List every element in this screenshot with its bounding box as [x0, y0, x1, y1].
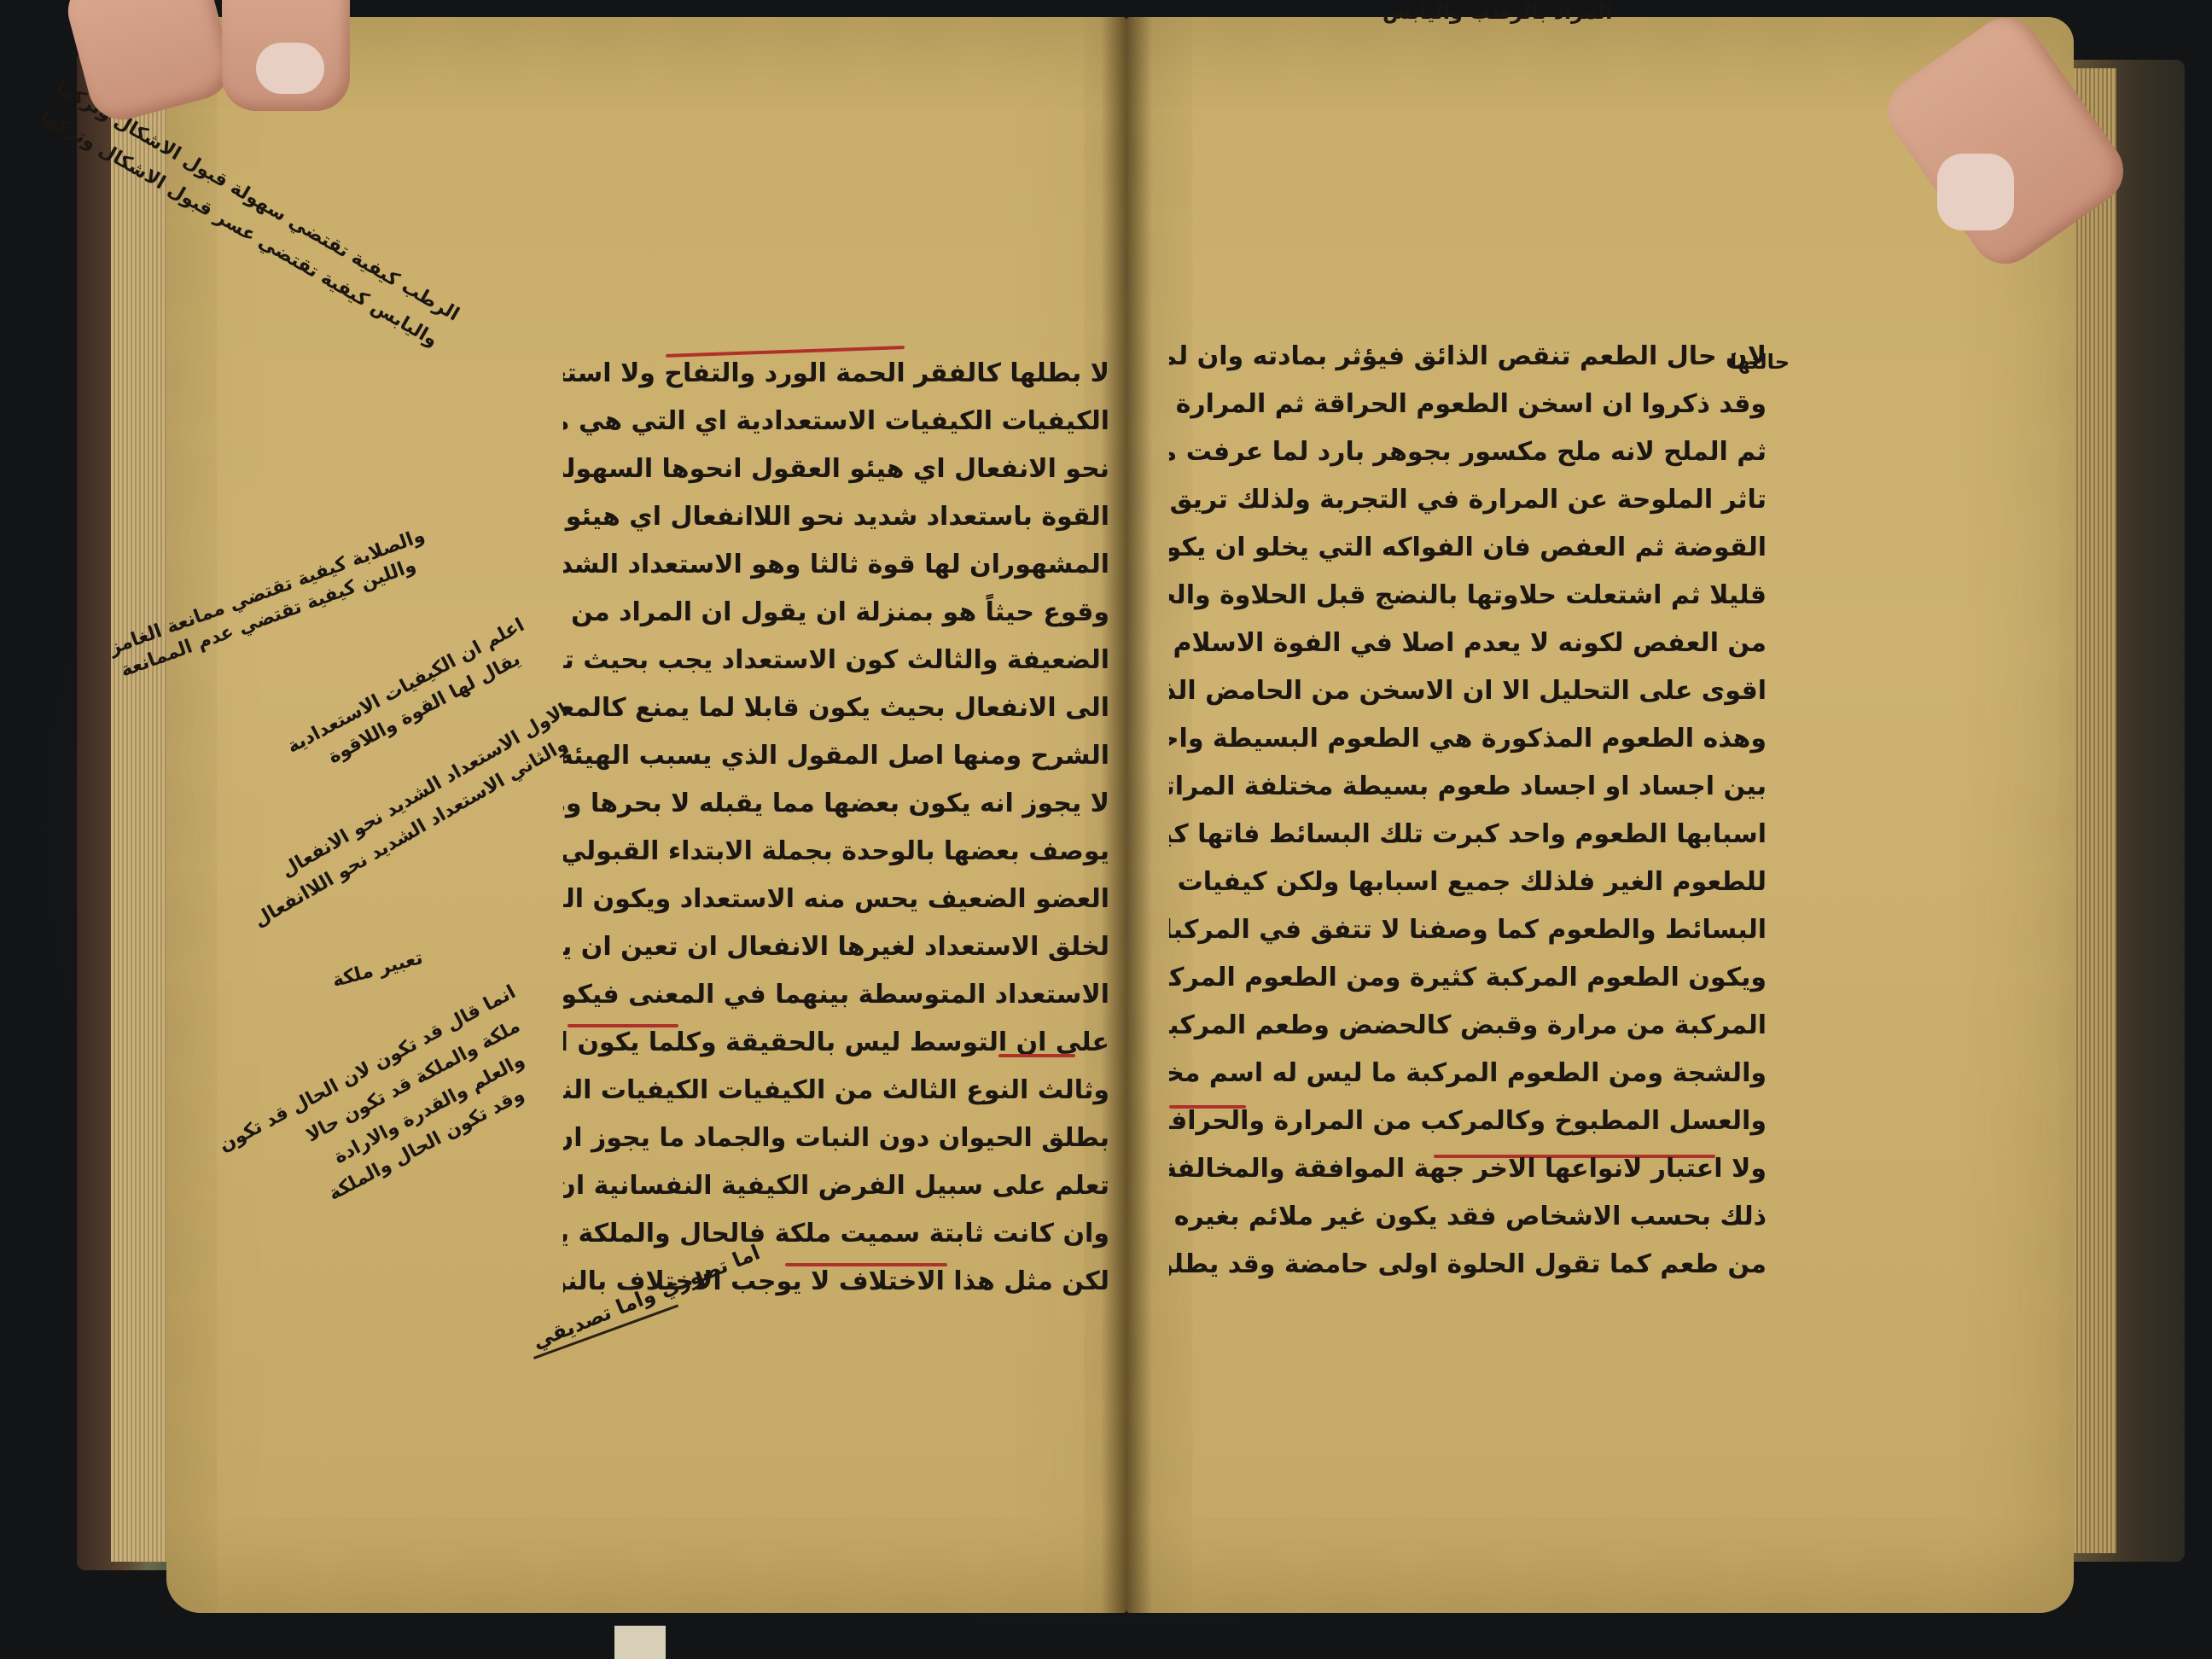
- fingernail: [256, 43, 324, 94]
- text-line: العضو الضعيف يحس منه الاستعداد ويكون الق…: [563, 876, 1109, 923]
- text-line: بطلق الحيوان دون النبات والجماد ما يجوز …: [563, 1115, 1109, 1162]
- text-line: قليلا ثم اشتعلت حلاوتها بالنضج قبل الحلا…: [1169, 572, 1767, 620]
- text-line: اقوى على التحليل الا ان الاسخن من الحامض…: [1169, 667, 1767, 715]
- text-line: المشهوران لها قوة ثالثا وهو الاستعداد ال…: [563, 541, 1109, 589]
- text-line: ولا اعتبار لانواعها الاخر جهة الموافقة و…: [1169, 1145, 1767, 1193]
- text-line: لان حال الطعم تنقص الذائق فيؤثر بمادته و…: [1169, 333, 1767, 381]
- text-line: الى الانفعال بحيث يكون قابلا لما يمنع كا…: [563, 684, 1109, 732]
- text-line: تاثر الملوحة عن المرارة في التجربة ولذلك…: [1169, 476, 1767, 524]
- header-note: المراد بالرطب واليابس: [1382, 0, 1612, 24]
- rubric-line: [568, 1024, 678, 1027]
- text-line: والشجة ومن الطعوم المركبة ما ليس له اسم …: [1169, 1050, 1767, 1097]
- text-line: وقوع حيثاً هو بمنزلة ان يقول ان المراد م…: [563, 589, 1109, 637]
- text-line: نحو الانفعال اي هيئو العقول انحوها السهو…: [563, 445, 1109, 493]
- rubric-line: [998, 1054, 1075, 1057]
- text-line: يوصف بعضها بالوحدة بجملة الابتداء القبول…: [563, 828, 1109, 876]
- text-line: وان كانت ثابتة سميت ملكة فالحال والملكة …: [563, 1210, 1109, 1258]
- right-page-main-text: لان حال الطعم تنقص الذائق فيؤثر بمادته و…: [1169, 333, 1767, 1289]
- text-line: المركبة من مرارة وقبض كالحضض وطعم المركب…: [1169, 1002, 1767, 1050]
- text-line: الكيفيات الكيفيات الاستعدادية اي التي هي…: [563, 398, 1109, 445]
- text-line: الشرح ومنها اصل المقول الذي يسبب الهيئة …: [563, 732, 1109, 780]
- rubric-line: [785, 1263, 947, 1266]
- text-line: تعلم على سبيل الفرض الكيفية النفسانية ان…: [563, 1162, 1109, 1210]
- text-line: بين اجساد او اجساد طعوم بسيطة مختلفة الم…: [1169, 763, 1767, 811]
- text-line: القوضة ثم العفص فان الفواكه التي يخلو ان…: [1169, 524, 1767, 572]
- text-line: القوة باستعداد شديد نحو اللاانفعال اي هي…: [563, 493, 1109, 541]
- text-line: من طعم كما تقول الحلوة اولى حامضة وقد يط…: [1169, 1241, 1767, 1289]
- text-line: وثالث النوع الثالث من الكيفيات الكيفيات …: [563, 1067, 1109, 1115]
- bookmark-tab: [614, 1626, 666, 1659]
- text-line: البسائط والطعوم كما وصفنا لا تتفق في الم…: [1169, 906, 1767, 954]
- text-line: الضعيفة والثالث كون الاستعداد يجب بحيث ت…: [563, 637, 1109, 684]
- text-line: ويكون الطعوم المركبة كثيرة ومن الطعوم ال…: [1169, 954, 1767, 1002]
- text-line: والعسل المطبوخ وكالمركب من المرارة والحر…: [1169, 1097, 1767, 1145]
- text-line: الاستعداد المتوسطة بينهما في المعنى فيكو…: [563, 971, 1109, 1019]
- text-line: للطعوم الغير فلذلك جميع اسبابها ولكن كيف…: [1169, 859, 1767, 906]
- text-line: لخلق الاستعداد لغيرها الانفعال ان تعين ا…: [563, 923, 1109, 971]
- text-line: ثم الملح لانه ملح مكسور بجوهر بارد لما ع…: [1169, 428, 1767, 476]
- text-line: ذلك بحسب الاشخاص فقد يكون غير ملائم بغير…: [1169, 1193, 1767, 1241]
- text-line: وهذه الطعوم المذكورة هي الطعوم البسيطة و…: [1169, 715, 1767, 763]
- text-line: وقد ذكروا ان اسخن الطعوم الحراقة ثم المر…: [1169, 381, 1767, 428]
- text-line: اسبابها الطعوم واحد كبرت تلك البسائط فات…: [1169, 811, 1767, 859]
- text-line: لا بطلها كالفقر الحمة الورد والتفاح ولا …: [563, 350, 1109, 398]
- text-line: لا يجوز انه يكون بعضها مما يقبله لا بحره…: [563, 780, 1109, 828]
- left-page-main-text: لا بطلها كالفقر الحمة الورد والتفاح ولا …: [563, 350, 1109, 1306]
- text-line: من العفص لكونه لا يعدم اصلا في الفوة الا…: [1169, 620, 1767, 667]
- fingernail: [1937, 154, 2014, 230]
